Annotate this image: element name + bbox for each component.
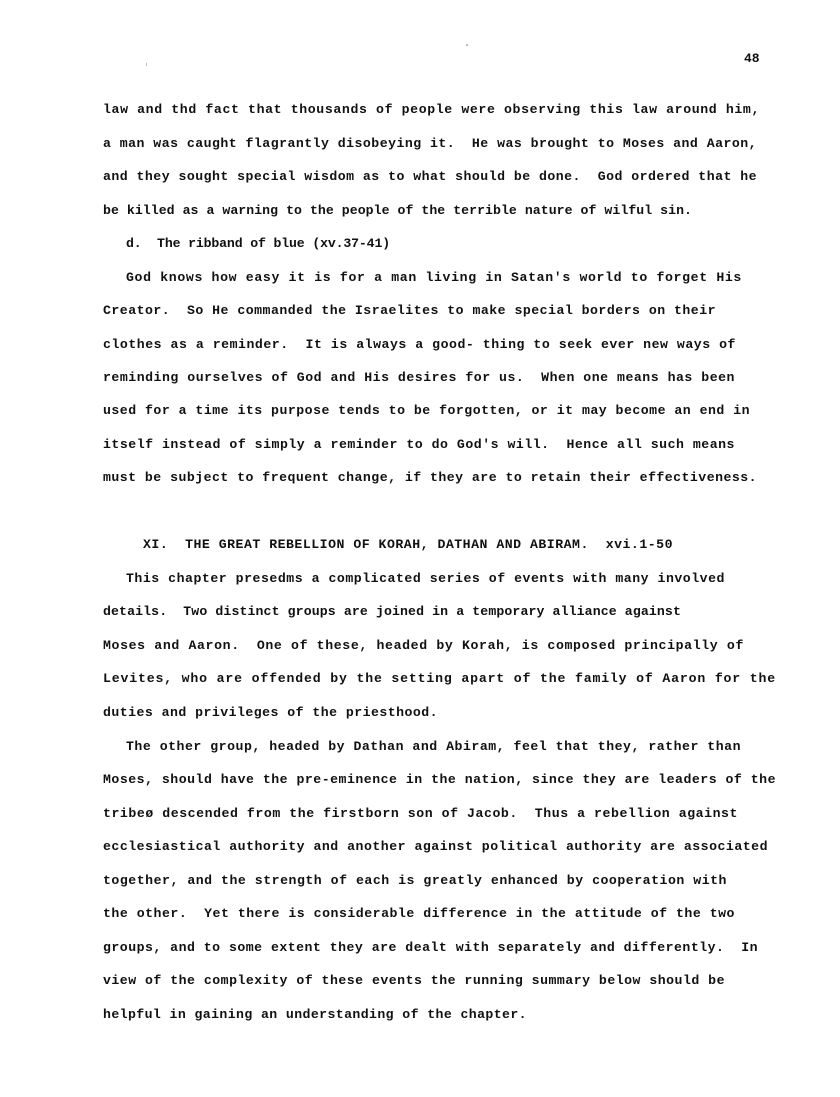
text-line: Creator. So He commanded the Israelites …	[103, 302, 716, 320]
text-line: The other group, headed by Dathan and Ab…	[126, 738, 741, 756]
text-line: be killed as a warning to the people of …	[103, 202, 692, 220]
text-line: and they sought special wisdom as to wha…	[103, 168, 757, 186]
text-line: view of the complexity of these events t…	[103, 972, 725, 990]
page-number: 48	[744, 51, 760, 66]
text-line: clothes as a reminder. It is always a go…	[103, 336, 736, 354]
text-line: must be subject to frequent change, if t…	[103, 469, 757, 487]
text-line: groups, and to some extent they are deal…	[103, 939, 758, 957]
text-line: tribeø descended from the firstborn son …	[103, 805, 738, 823]
text-line: details. Two distinct groups are joined …	[103, 603, 681, 621]
text-line: Moses, should have the pre-eminence in t…	[103, 771, 776, 789]
text-line: used for a time its purpose tends to be …	[103, 402, 750, 420]
text-line: law and thd fact that thousands of peopl…	[103, 101, 760, 119]
scan-speck	[146, 63, 147, 66]
text-line: the other. Yet there is considerable dif…	[103, 905, 735, 923]
text-line: helpful in gaining an understanding of t…	[103, 1006, 527, 1024]
text-line: This chapter presedms a complicated seri…	[126, 570, 725, 588]
text-line: Moses and Aaron. One of these, headed by…	[103, 637, 744, 655]
text-line: God knows how easy it is for a man livin…	[126, 269, 742, 287]
text-line: XI. THE GREAT REBELLION OF KORAH, DATHAN…	[143, 536, 673, 554]
text-line: Levites, who are offended by the setting…	[103, 670, 776, 688]
text-line: duties and privileges of the priesthood.	[103, 704, 438, 722]
text-line: reminding ourselves of God and His desir…	[103, 369, 735, 387]
text-line: a man was caught flagrantly disobeying i…	[103, 135, 757, 153]
text-line: ecclesiastical authority and another aga…	[103, 838, 768, 856]
text-line: itself instead of simply a reminder to d…	[103, 436, 735, 454]
text-line: d. The ribband of blue (xv.37-41)	[126, 235, 390, 253]
scan-speck	[466, 44, 468, 46]
text-line: together, and the strength of each is gr…	[103, 872, 727, 890]
